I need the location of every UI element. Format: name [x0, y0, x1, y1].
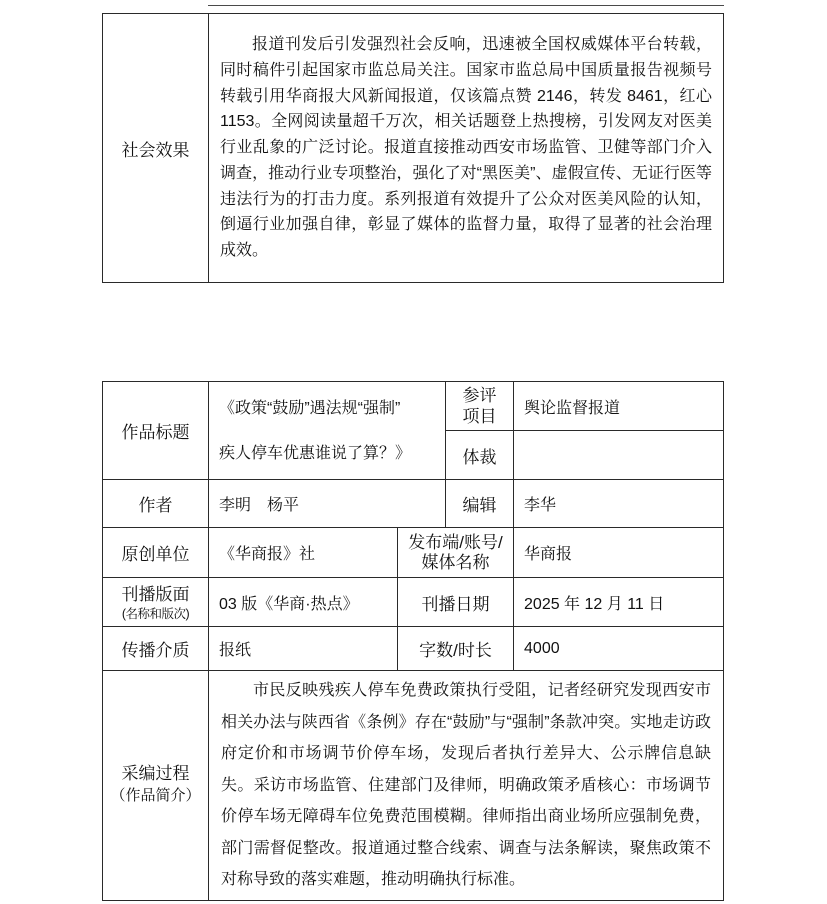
entry-info-table: 作品标题 《政策“鼓励”遇法规“强制” 疾人停车优惠谁说了算？》 参评 项目 舆… — [102, 381, 724, 901]
publication-layout-sublabel: (名称和版次) — [103, 607, 208, 621]
genre-label: 体裁 — [446, 431, 514, 480]
report-form-page: { "page": { "background": "#ffffff", "te… — [0, 0, 827, 904]
publish-date-label: 刊播日期 — [398, 578, 514, 627]
original-unit-label: 原创单位 — [103, 528, 209, 578]
previous-row-border-line — [208, 5, 724, 6]
editing-process-value: 市民反映残疾人停车免费政策执行受阻，记者经研究发现西安市相关办法与陕西省《条例》… — [209, 671, 724, 901]
editor-value: 李华 — [514, 480, 724, 528]
publication-layout-label: 刊播版面 (名称和版次) — [103, 578, 209, 627]
word-count-label: 字数/时长 — [398, 627, 514, 671]
work-title-label: 作品标题 — [103, 382, 209, 480]
medium-label: 传播介质 — [103, 627, 209, 671]
editing-process-label: 采编过程 （作品简介） — [103, 671, 209, 901]
social-effect-content: 报道刊发后引发强烈社会反响，迅速被全国权威媒体平台转载，同时稿件引起国家市监总局… — [209, 14, 724, 283]
social-effect-table: 社会效果 报道刊发后引发强烈社会反响，迅速被全国权威媒体平台转载，同时稿件引起国… — [102, 13, 724, 283]
genre-value — [514, 431, 724, 480]
platform-value: 华商报 — [514, 528, 724, 578]
author-label: 作者 — [103, 480, 209, 528]
platform-label: 发布端/账号/ 媒体名称 — [398, 528, 514, 578]
editing-process-sublabel: （作品简介） — [103, 785, 208, 807]
publish-date-value: 2025 年 12 月 11 日 — [514, 578, 724, 627]
publication-layout-value: 03 版《华商·热点》 — [209, 578, 398, 627]
publication-layout-label-text: 刊播版面 — [103, 584, 208, 606]
work-title-value: 《政策“鼓励”遇法规“强制” 疾人停车优惠谁说了算？》 — [209, 382, 446, 480]
editor-label: 编辑 — [446, 480, 514, 528]
medium-value: 报纸 — [209, 627, 398, 671]
word-count-value: 4000 — [514, 627, 724, 671]
original-unit-value: 《华商报》社 — [209, 528, 398, 578]
entry-category-value: 舆论监督报道 — [514, 382, 724, 431]
entry-category-label: 参评 项目 — [446, 382, 514, 431]
author-value: 李明 杨平 — [209, 480, 446, 528]
editing-process-label-text: 采编过程 — [103, 763, 208, 785]
social-effect-label: 社会效果 — [103, 14, 209, 283]
